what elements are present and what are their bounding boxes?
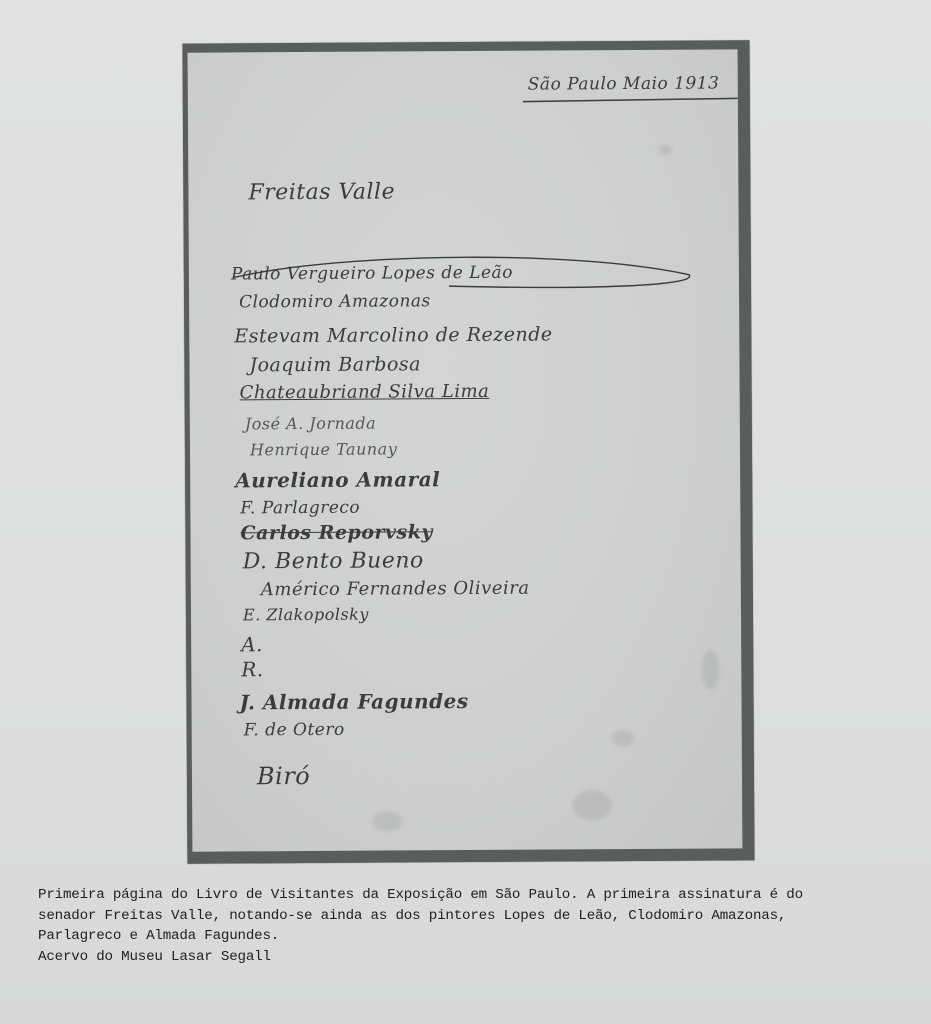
- header-underline: [523, 97, 743, 104]
- visitors-book-photo: São Paulo Maio 1913 Freitas Valle Paulo …: [183, 40, 755, 863]
- signature: Américo Fernandes Oliveira: [261, 578, 530, 601]
- stain: [658, 145, 672, 155]
- signature: D. Bento Bueno: [243, 548, 424, 574]
- stain: [372, 811, 402, 831]
- caption-line: Parlagreco e Almada Fagundes.: [38, 926, 918, 947]
- caption-credit: Acervo do Museu Lasar Segall: [38, 947, 918, 968]
- signature: Chateaubriand Silva Lima: [240, 381, 490, 404]
- signature: Carlos Reporvsky: [240, 521, 433, 544]
- signature: A.: [241, 632, 263, 656]
- header-inscription: São Paulo Maio 1913: [528, 73, 720, 94]
- signature: F. Parlagreco: [240, 498, 360, 519]
- signature: Clodomiro Amazonas: [239, 291, 431, 312]
- handwritten-page: São Paulo Maio 1913 Freitas Valle Paulo …: [188, 49, 743, 851]
- stain: [572, 790, 612, 820]
- stain: [701, 649, 719, 689]
- photo-caption: Primeira página do Livro de Visitantes d…: [38, 885, 918, 967]
- signature: R.: [241, 657, 264, 681]
- caption-line: Primeira página do Livro de Visitantes d…: [38, 885, 918, 906]
- signature: Estevam Marcolino de Rezende: [234, 323, 552, 347]
- signature: J. Almada Fagundes: [239, 689, 468, 714]
- signature: Aureliano Amaral: [235, 467, 440, 492]
- caption-line: senador Freitas Valle, notando-se ainda …: [38, 906, 918, 927]
- signature: Freitas Valle: [248, 179, 395, 205]
- signature: F. de Otero: [244, 720, 345, 741]
- signature: José A. Jornada: [245, 414, 376, 434]
- stain: [612, 730, 634, 746]
- signature: Biró: [257, 762, 310, 790]
- signature: Paulo Vergueiro Lopes de Leão: [231, 263, 513, 285]
- signature: E. Zlakopolsky: [243, 605, 369, 625]
- signature: Henrique Taunay: [250, 439, 397, 459]
- signature: Joaquim Barbosa: [249, 353, 421, 376]
